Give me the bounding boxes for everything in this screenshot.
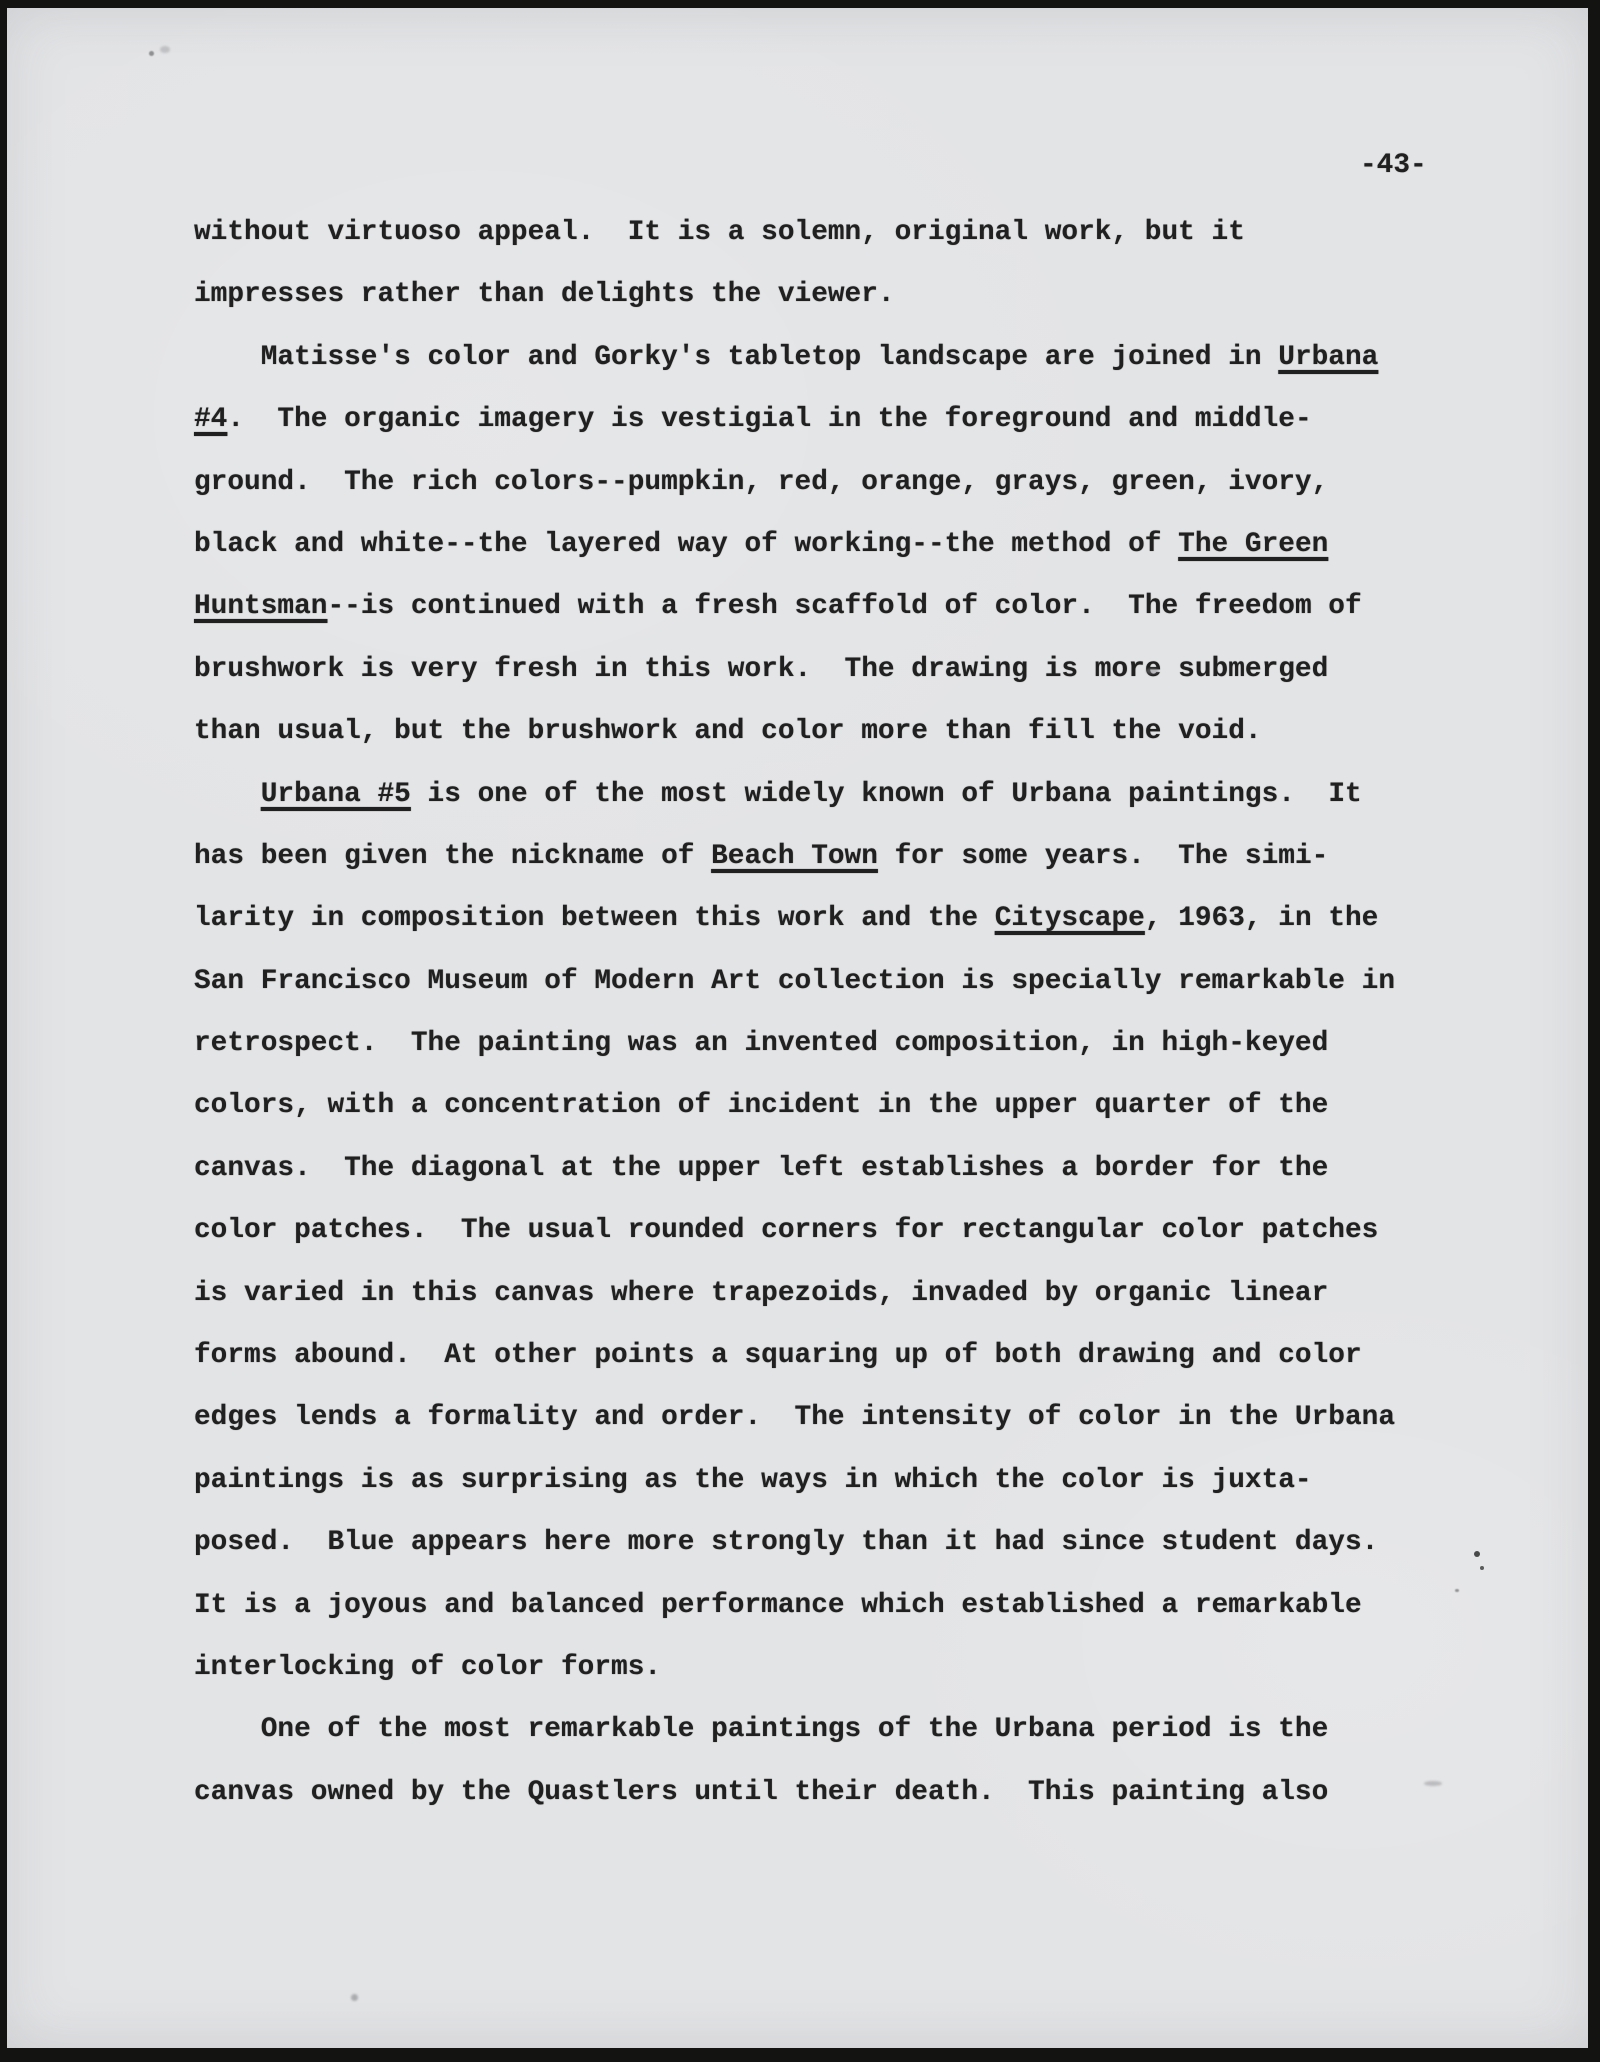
text-line: than usual, but the brushwork and color …	[194, 701, 1395, 763]
text-segment: San Francisco Museum of Modern Art colle…	[194, 966, 1395, 997]
text-segment: than usual, but the brushwork and color …	[194, 716, 1262, 747]
text-segment: It is a joyous and balanced performance …	[194, 1590, 1362, 1621]
text-segment: impresses rather than delights the viewe…	[194, 279, 895, 310]
text-segment: Matisse's color and Gorky's tabletop lan…	[194, 342, 1278, 373]
page-number: -43-	[1360, 152, 1427, 180]
text-line: #4. The organic imagery is vestigial in …	[194, 389, 1395, 451]
text-segment: black and white--the layered way of work…	[194, 529, 1178, 560]
text-line: color patches. The usual rounded corners…	[194, 1200, 1395, 1262]
text-line: larity in composition between this work …	[194, 888, 1395, 950]
text-line: Matisse's color and Gorky's tabletop lan…	[194, 327, 1395, 389]
text-line: edges lends a formality and order. The i…	[194, 1387, 1395, 1449]
text-segment: interlocking of color forms.	[194, 1652, 661, 1683]
text-segment: . The organic imagery is vestigial in th…	[227, 404, 1311, 435]
text-segment: brushwork is very fresh in this work. Th…	[194, 654, 1328, 685]
text-line: colors, with a concentration of incident…	[194, 1075, 1395, 1137]
text-line: canvas owned by the Quastlers until thei…	[194, 1762, 1395, 1824]
text-line: impresses rather than delights the viewe…	[194, 264, 1395, 326]
text-line: brushwork is very fresh in this work. Th…	[194, 639, 1395, 701]
text-segment: forms abound. At other points a squaring…	[194, 1340, 1362, 1371]
underlined-work-title: The Green	[1178, 529, 1328, 560]
text-line: posed. Blue appears here more strongly t…	[194, 1512, 1395, 1574]
text-segment: , 1963, in the	[1145, 903, 1379, 934]
text-segment: --is continued with a fresh scaffold of …	[327, 591, 1361, 622]
text-segment: ground. The rich colors--pumpkin, red, o…	[194, 467, 1328, 498]
text-line: canvas. The diagonal at the upper left e…	[194, 1138, 1395, 1200]
text-segment: canvas owned by the Quastlers until thei…	[194, 1777, 1328, 1808]
underlined-work-title: Beach Town	[711, 841, 878, 872]
text-segment: retrospect. The painting was an invented…	[194, 1028, 1328, 1059]
text-segment: larity in composition between this work …	[194, 903, 995, 934]
underlined-work-title: #4	[194, 404, 227, 435]
text-line: One of the most remarkable paintings of …	[194, 1699, 1395, 1761]
underlined-work-title: Cityscape	[995, 903, 1145, 934]
text-segment: paintings is as surprising as the ways i…	[194, 1465, 1312, 1496]
text-segment: edges lends a formality and order. The i…	[194, 1402, 1395, 1433]
text-segment: is varied in this canvas where trapezoid…	[194, 1278, 1328, 1309]
text-line: interlocking of color forms.	[194, 1637, 1395, 1699]
text-line: San Francisco Museum of Modern Art colle…	[194, 951, 1395, 1013]
text-line: black and white--the layered way of work…	[194, 514, 1395, 576]
text-segment: is one of the most widely known of Urban…	[411, 779, 1362, 810]
text-segment: posed. Blue appears here more strongly t…	[194, 1527, 1378, 1558]
text-segment: without virtuoso appeal. It is a solemn,…	[194, 217, 1245, 248]
document-text: without virtuoso appeal. It is a solemn,…	[194, 202, 1395, 1824]
text-line: Huntsman--is continued with a fresh scaf…	[194, 576, 1395, 638]
text-line: without virtuoso appeal. It is a solemn,…	[194, 202, 1395, 264]
text-segment: has been given the nickname of	[194, 841, 711, 872]
text-segment: canvas. The diagonal at the upper left e…	[194, 1153, 1328, 1184]
text-line: has been given the nickname of Beach Tow…	[194, 826, 1395, 888]
underlined-work-title: Huntsman	[194, 591, 327, 622]
text-segment	[194, 779, 261, 810]
underlined-work-title: Urbana	[1278, 342, 1378, 373]
text-line: paintings is as surprising as the ways i…	[194, 1450, 1395, 1512]
underlined-work-title: Urbana #5	[261, 779, 411, 810]
text-line: ground. The rich colors--pumpkin, red, o…	[194, 452, 1395, 514]
text-segment: color patches. The usual rounded corners…	[194, 1215, 1378, 1246]
text-segment: for some years. The simi-	[878, 841, 1328, 872]
text-line: forms abound. At other points a squaring…	[194, 1325, 1395, 1387]
text-line: It is a joyous and balanced performance …	[194, 1575, 1395, 1637]
text-segment: One of the most remarkable paintings of …	[194, 1714, 1328, 1745]
text-line: retrospect. The painting was an invented…	[194, 1013, 1395, 1075]
text-segment: colors, with a concentration of incident…	[194, 1090, 1328, 1121]
text-line: Urbana #5 is one of the most widely know…	[194, 764, 1395, 826]
text-line: is varied in this canvas where trapezoid…	[194, 1263, 1395, 1325]
